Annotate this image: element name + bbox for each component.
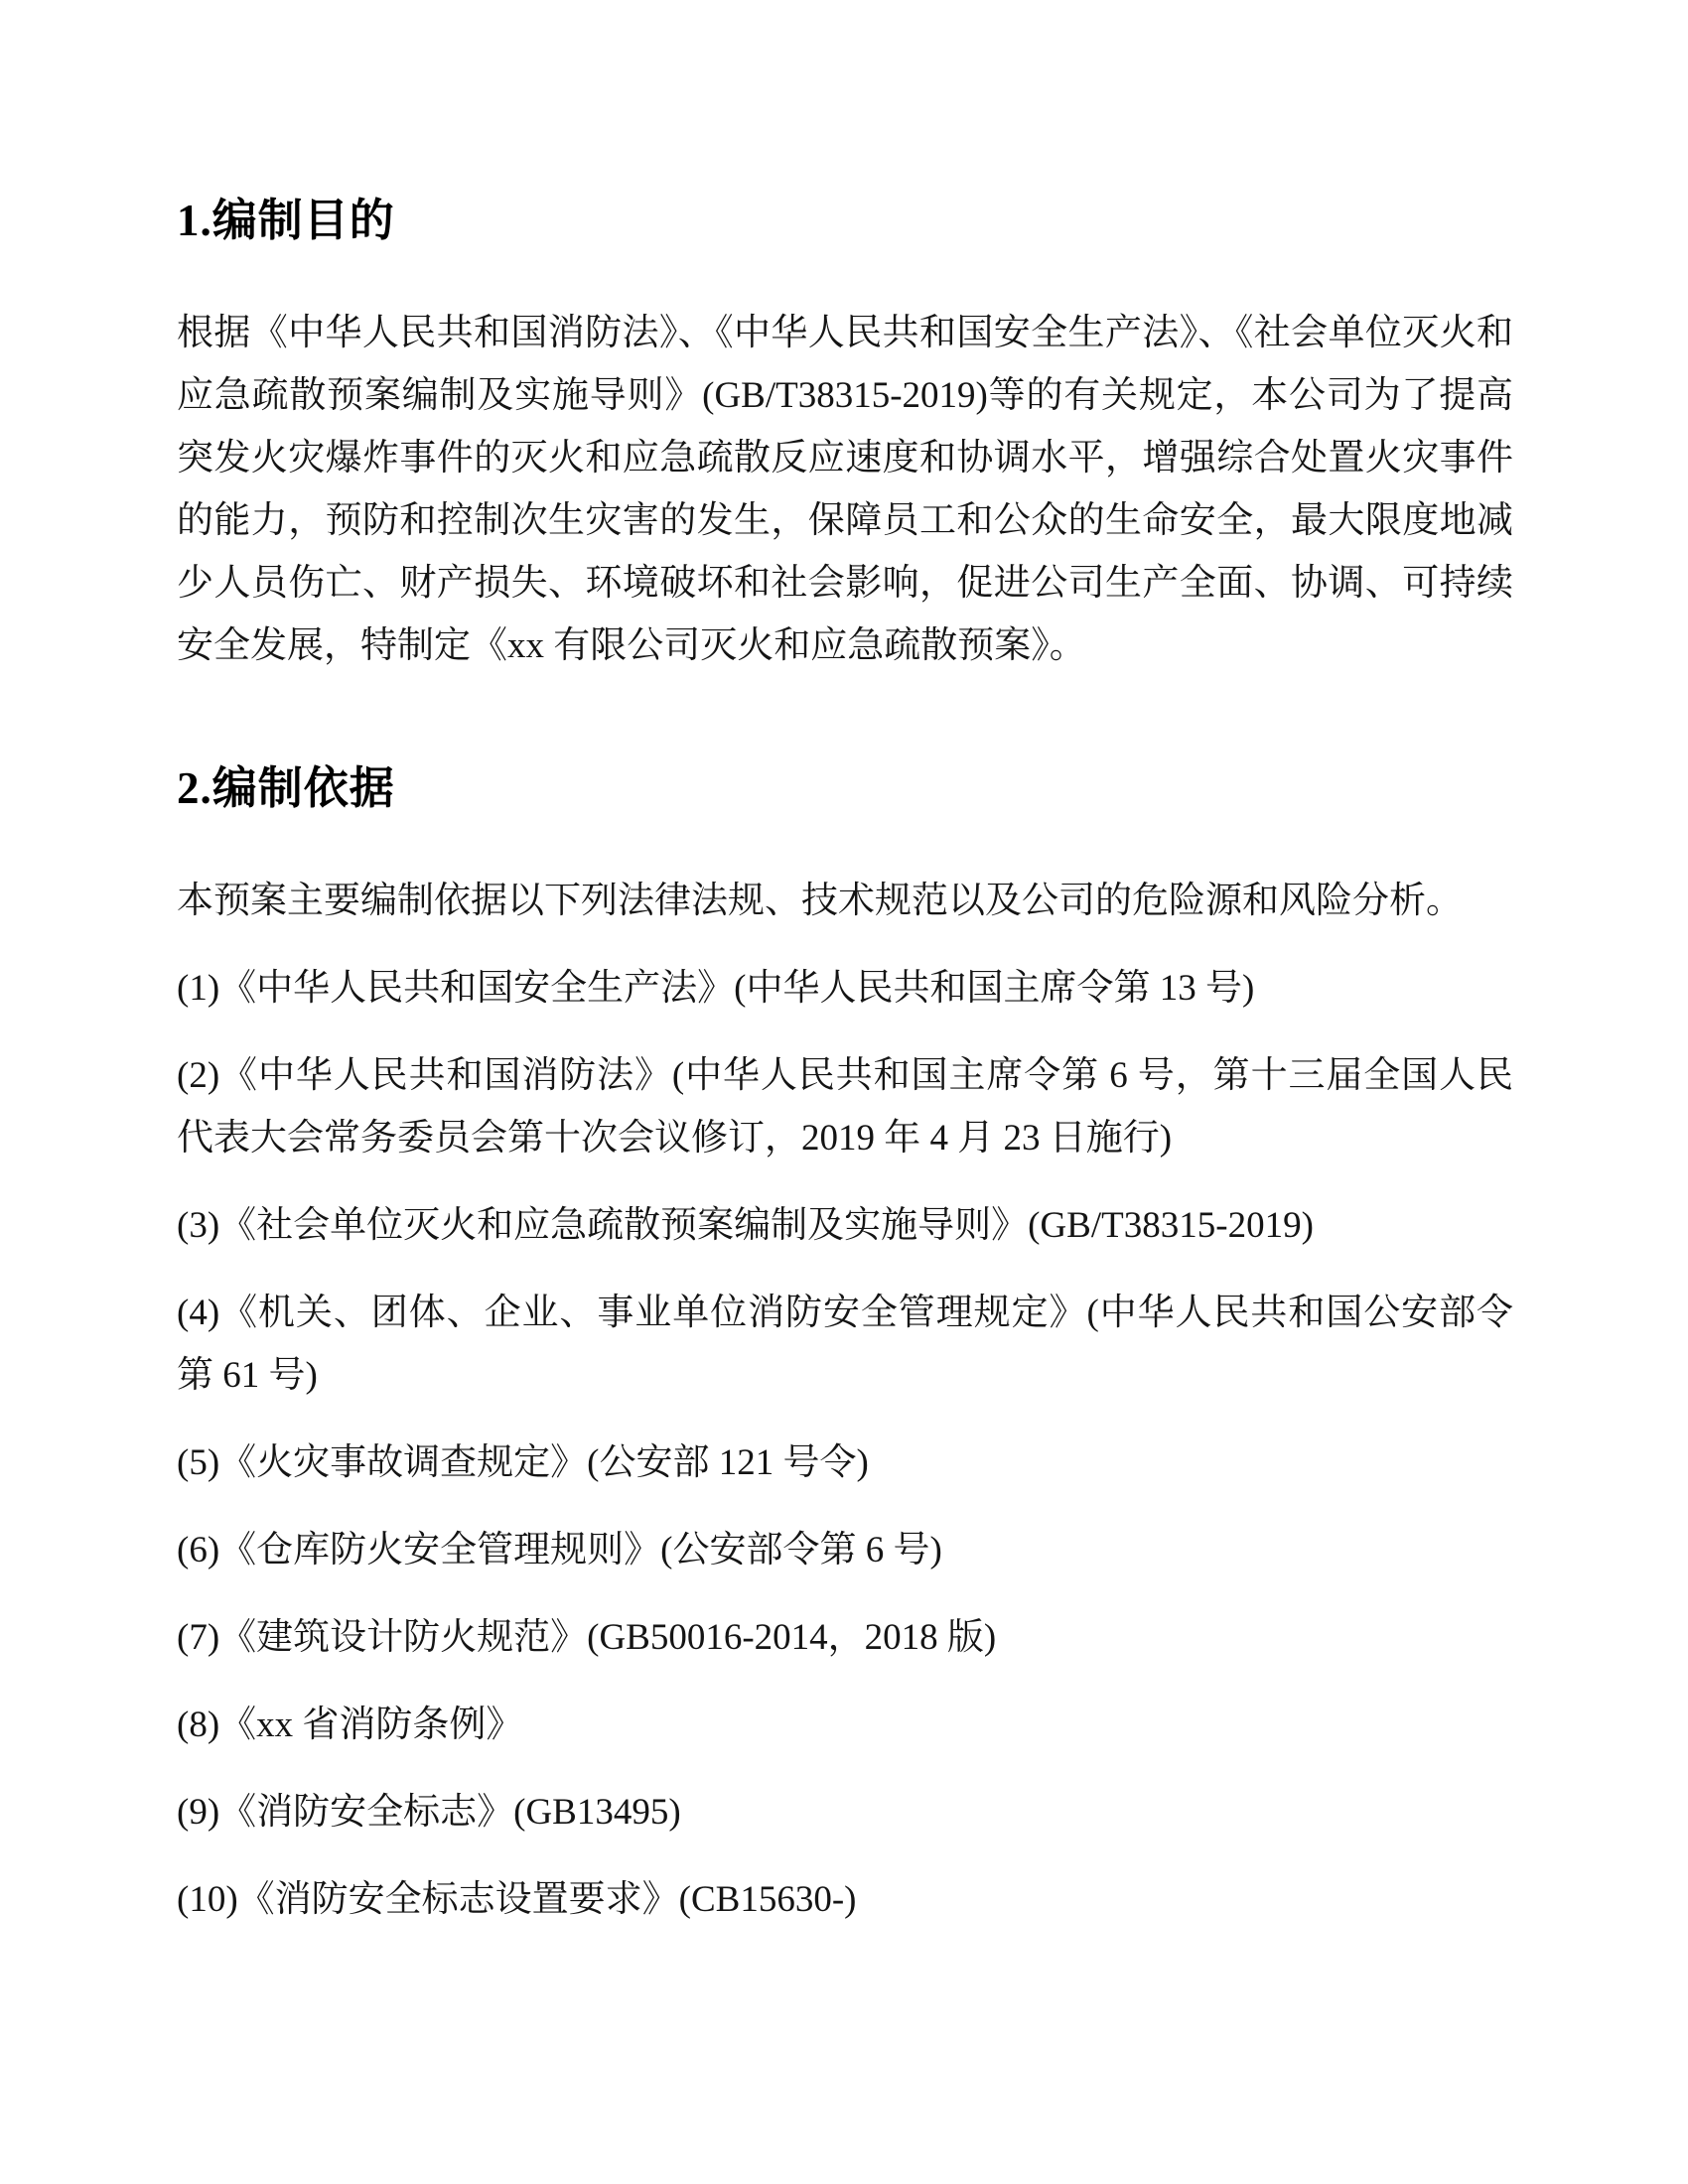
section-2-heading: 2.编制依据 — [177, 761, 1513, 815]
list-item-10: (10)《消防安全标志设置要求》(CB15630-) — [177, 1868, 1513, 1931]
list-item-6: (6)《仓库防火安全管理规则》(公安部令第 6 号) — [177, 1519, 1513, 1581]
document-page: 1.编制目的 根据《中华人民共和国消防法》、《中华人民共和国安全生产法》、《社会… — [0, 0, 1688, 2184]
list-item-3: (3)《社会单位灭火和应急疏散预案编制及实施导则》(GB/T38315-2019… — [177, 1194, 1513, 1257]
list-item-2: (2)《中华人民共和国消防法》(中华人民共和国主席令第 6 号，第十三届全国人民… — [177, 1044, 1513, 1169]
list-item-1: (1)《中华人民共和国安全生产法》(中华人民共和国主席令第 13 号) — [177, 957, 1513, 1020]
list-item-8: (8)《xx 省消防条例》 — [177, 1694, 1513, 1756]
list-item-4: (4)《机关、团体、企业、事业单位消防安全管理规定》(中华人民共和国公安部令第 … — [177, 1282, 1513, 1407]
section-2-intro-paragraph: 本预案主要编制依据以下列法律法规、技术规范以及公司的危险源和风险分析。 — [177, 870, 1513, 932]
list-item-7: (7)《建筑设计防火规范》(GB50016-2014，2018 版) — [177, 1606, 1513, 1669]
list-item-9: (9)《消防安全标志》(GB13495) — [177, 1781, 1513, 1843]
section-1-heading: 1.编制目的 — [177, 194, 1513, 247]
section-1-paragraph: 根据《中华人民共和国消防法》、《中华人民共和国安全生产法》、《社会单位灭火和应急… — [177, 302, 1513, 677]
reference-list: (1)《中华人民共和国安全生产法》(中华人民共和国主席令第 13 号) (2)《… — [177, 957, 1513, 1931]
list-item-5: (5)《火灾事故调查规定》(公安部 121 号令) — [177, 1432, 1513, 1494]
document-content: 1.编制目的 根据《中华人民共和国消防法》、《中华人民共和国安全生产法》、《社会… — [177, 194, 1513, 1956]
